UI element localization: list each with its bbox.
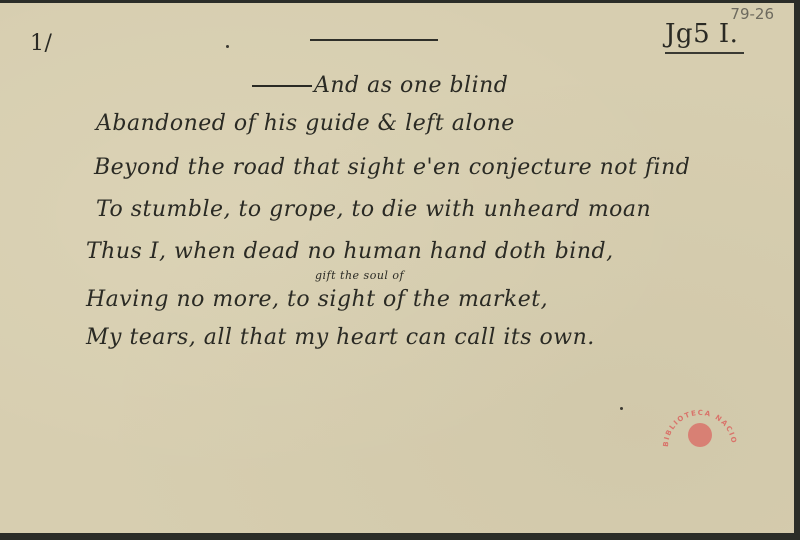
verse-line-3: To stumble, to grope, to die with unhear… [96, 197, 651, 222]
verse-line-4: Thus I, when dead no human hand doth bin… [86, 239, 614, 264]
em-dash [252, 85, 312, 87]
library-stamp-icon: BIBLIOTECA NACIONAL [660, 399, 740, 459]
verse-line-0: And as one blind [252, 73, 508, 98]
title-rule [310, 39, 438, 41]
verse-line-1: Abandoned of his guide & left alone [96, 111, 515, 136]
interlinear-insertion: gift the soul of [315, 269, 404, 282]
ink-speck [226, 45, 229, 48]
ink-speck [620, 407, 623, 410]
folio-mark: 1/ [30, 31, 52, 56]
verse-line-6: My tears, all that my heart can call its… [86, 325, 595, 350]
verse-line-2: Beyond the road that sight e'en conjectu… [94, 155, 690, 180]
reference-mark: Jg5 I. [665, 19, 744, 54]
scan-bottom-edge [0, 532, 800, 540]
verse-line-5: Having no more, to sight of the market, [86, 287, 548, 312]
manuscript-page: 1/ 79-26 Jg5 I. And as one blind Abandon… [0, 3, 794, 533]
